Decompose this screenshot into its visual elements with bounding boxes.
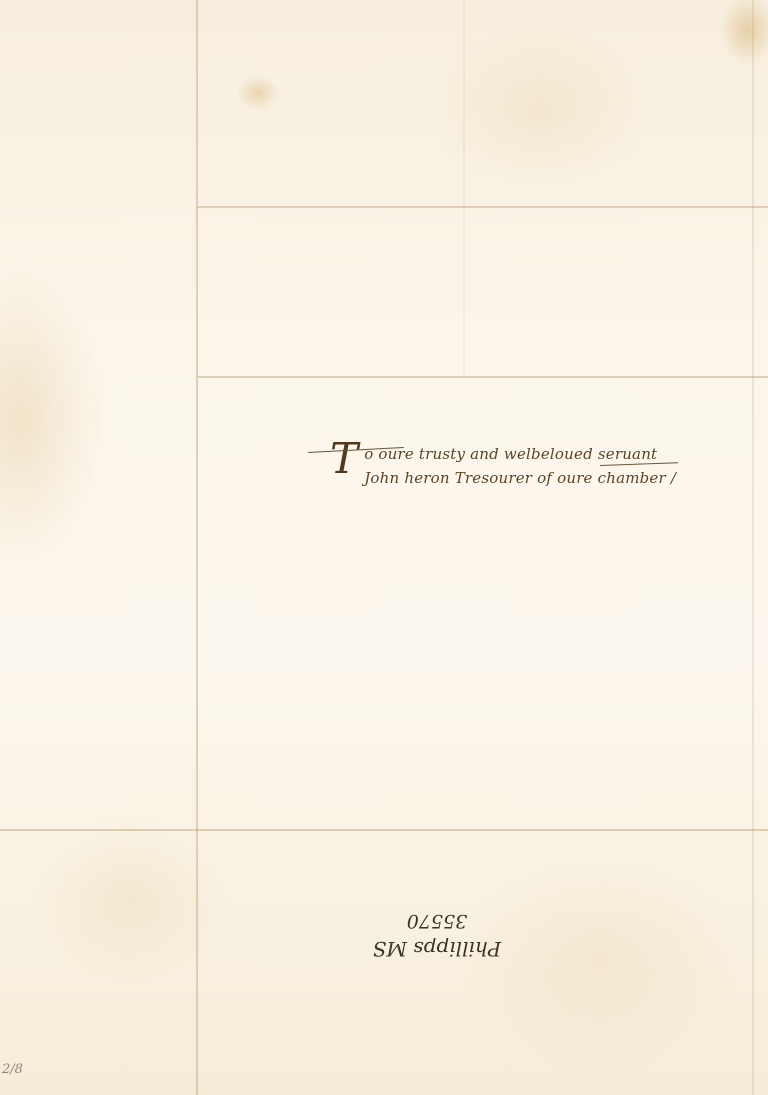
shelfmark-collection: Phillipps MS (352, 934, 522, 964)
decorated-initial: T (330, 444, 358, 474)
address-line-1: T o oure trusty and welbeloued seruant (330, 442, 690, 466)
fold-line-vertical-right (752, 0, 754, 1095)
fold-line-horizontal-2 (198, 376, 768, 378)
address-line-2: John heron Tresourer of oure chamber / (330, 466, 690, 490)
fold-line-vertical-center-faint (463, 0, 465, 377)
fold-line-vertical-left (196, 0, 198, 1095)
shelfmark-upside-down: Phillipps MS 35570 (352, 892, 522, 964)
shelfmark-number: 35570 (352, 908, 522, 934)
manuscript-page: T o oure trusty and welbeloued seruant J… (0, 0, 768, 1095)
corner-pencil-mark: 2/8 (2, 1062, 23, 1077)
fold-line-horizontal-1 (198, 206, 768, 208)
fold-line-horizontal-3 (0, 829, 768, 831)
